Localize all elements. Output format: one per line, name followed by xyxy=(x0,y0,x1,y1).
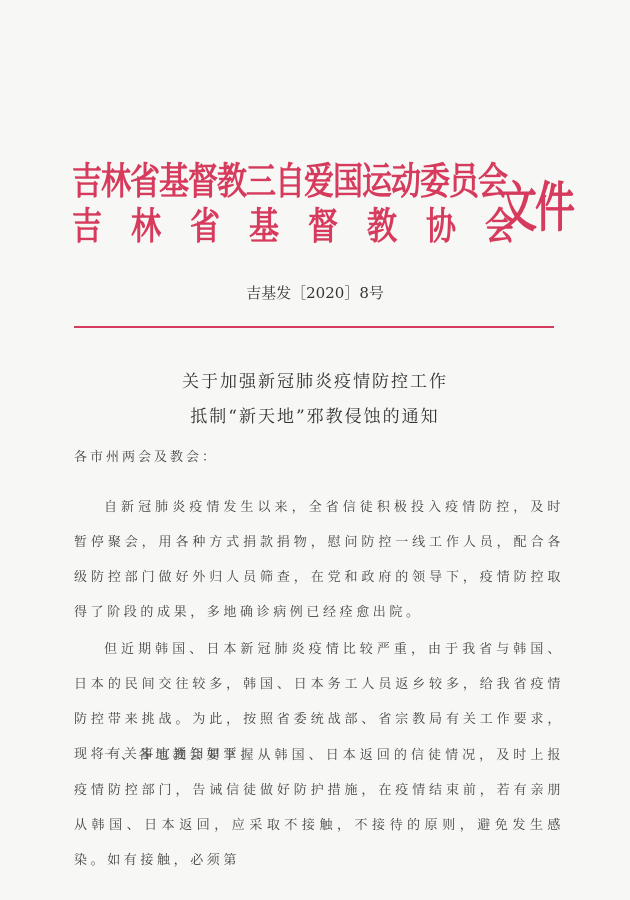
issuer-name-line2: 吉林省基督教协会 xyxy=(72,195,544,250)
document-label: 文件 xyxy=(497,165,573,242)
salutation: 各市州两会及教会： xyxy=(74,446,218,465)
issuer-char: 吉 xyxy=(72,195,131,250)
issuer-char: 林 xyxy=(131,195,190,250)
document-number: 吉基发［2020］8号 xyxy=(0,282,630,303)
issuer-char: 督 xyxy=(308,195,367,250)
title-line2: 抵制“新天地”邪教侵蚀的通知 xyxy=(0,402,630,427)
paragraph: 一、各地教会要掌握从韩国、日本返回的信徒情况，及时上报疫情防控部门，告诫信徒做好… xyxy=(74,738,564,878)
issuer-char: 教 xyxy=(367,195,426,250)
document-page: 吉林省基督教三自爱国运动委员会 吉林省基督教协会 文件 吉基发［2020］8号 … xyxy=(0,0,630,900)
red-divider xyxy=(74,326,554,328)
paragraph: 自新冠肺炎疫情发生以来，全省信徒积极投入疫情防控，及时暂停聚会，用各种方式捐款捐… xyxy=(74,490,564,630)
issuer-char: 省 xyxy=(190,195,249,250)
issuer-char: 基 xyxy=(249,195,308,250)
issuer-char: 协 xyxy=(426,195,485,250)
title-line1: 关于加强新冠肺炎疫情防控工作 xyxy=(0,367,630,392)
